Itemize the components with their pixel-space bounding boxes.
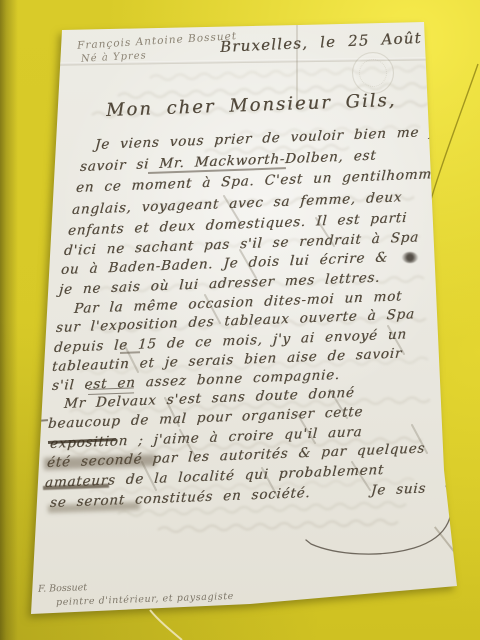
- ink-smudge-ete-seconde: [44, 454, 156, 470]
- corner-crease: [434, 526, 470, 571]
- pencil-annotation-artist: F. Bossuet: [38, 582, 88, 595]
- photo-of-handwritten-letter: François Antoine Bossuet Né à Ypres Brux…: [0, 0, 480, 640]
- paper-shadow-wrapper: François Antoine Bossuet Né à Ypres Brux…: [0, 0, 480, 640]
- ink-dash-left-margin: [36, 419, 48, 422]
- ink-underline-15: [120, 351, 140, 353]
- pencil-annotation-name: François Antoine Bossuet: [77, 30, 238, 52]
- embossed-stamp: [352, 52, 394, 94]
- dateline: Bruxelles, le 25 Août 1847.: [220, 26, 480, 56]
- letter-body-line: Je viens vous prier de vouloir bien me f…: [94, 123, 465, 153]
- letter-paper: François Antoine Bossuet Né à Ypres Brux…: [0, 0, 480, 640]
- pencil-annotation-artist-description: peintre d'intérieur, et paysagiste: [56, 591, 234, 608]
- salutation: Mon cher Monsieur Gils,: [106, 90, 397, 121]
- ink-blot-ampersand: [402, 252, 418, 263]
